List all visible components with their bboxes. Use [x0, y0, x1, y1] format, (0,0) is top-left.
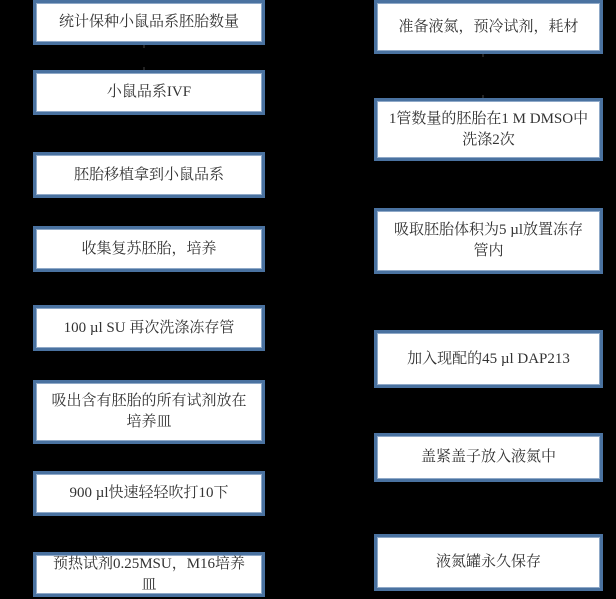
right-step-6: 液氮罐永久保存	[374, 534, 603, 591]
step-label: 统计保种小鼠品系胚胎数量	[59, 12, 239, 33]
left-step-5: 100 µl SU 再次洗涤冻存管	[33, 305, 265, 351]
left-step-8: 预热试剂0.25MSU，M16培养皿	[33, 552, 265, 597]
right-step-2: 1管数量的胚胎在1 M DMSO中洗涤2次	[374, 98, 603, 161]
left-step-6: 吸出含有胚胎的所有试剂放在培养皿	[33, 380, 265, 444]
step-label: 液氮罐永久保存	[436, 552, 541, 573]
right-step-1: 准备液氮，预冷试剂，耗材	[374, 0, 603, 54]
left-step-2: 小鼠品系IVF	[33, 70, 265, 115]
left-step-4: 收集复苏胚胎，培养	[33, 226, 265, 272]
left-step-3: 胚胎移植拿到小鼠品系	[33, 152, 265, 198]
step-label: 收集复苏胚胎，培养	[81, 239, 216, 260]
right-step-4: 加入现配的45 µl DAP213	[374, 330, 603, 388]
step-label: 100 µl SU 再次洗涤冻存管	[64, 318, 235, 339]
step-label: 吸出含有胚胎的所有试剂放在培养皿	[46, 391, 252, 433]
connector-stub	[143, 67, 145, 70]
connector-stub	[482, 95, 484, 98]
step-label: 吸取胚胎体积为5 µl放置冻存管内	[387, 220, 590, 262]
right-step-5: 盖紧盖子放入液氮中	[374, 433, 603, 482]
step-label: 准备液氮，预冷试剂，耗材	[398, 17, 578, 38]
step-label: 900 µl快速轻轻吹打10下	[69, 483, 228, 504]
connector-stub	[143, 45, 145, 48]
step-label: 胚胎移植拿到小鼠品系	[74, 165, 224, 186]
step-label: 盖紧盖子放入液氮中	[421, 447, 556, 468]
right-step-3: 吸取胚胎体积为5 µl放置冻存管内	[374, 208, 603, 274]
connector-stub	[482, 54, 484, 57]
step-label: 1管数量的胚胎在1 M DMSO中洗涤2次	[387, 109, 590, 151]
left-step-7: 900 µl快速轻轻吹打10下	[33, 471, 265, 516]
step-label: 小鼠品系IVF	[107, 82, 191, 103]
step-label: 预热试剂0.25MSU，M16培养皿	[46, 554, 252, 596]
left-step-1: 统计保种小鼠品系胚胎数量	[33, 0, 265, 45]
step-label: 加入现配的45 µl DAP213	[407, 349, 570, 370]
